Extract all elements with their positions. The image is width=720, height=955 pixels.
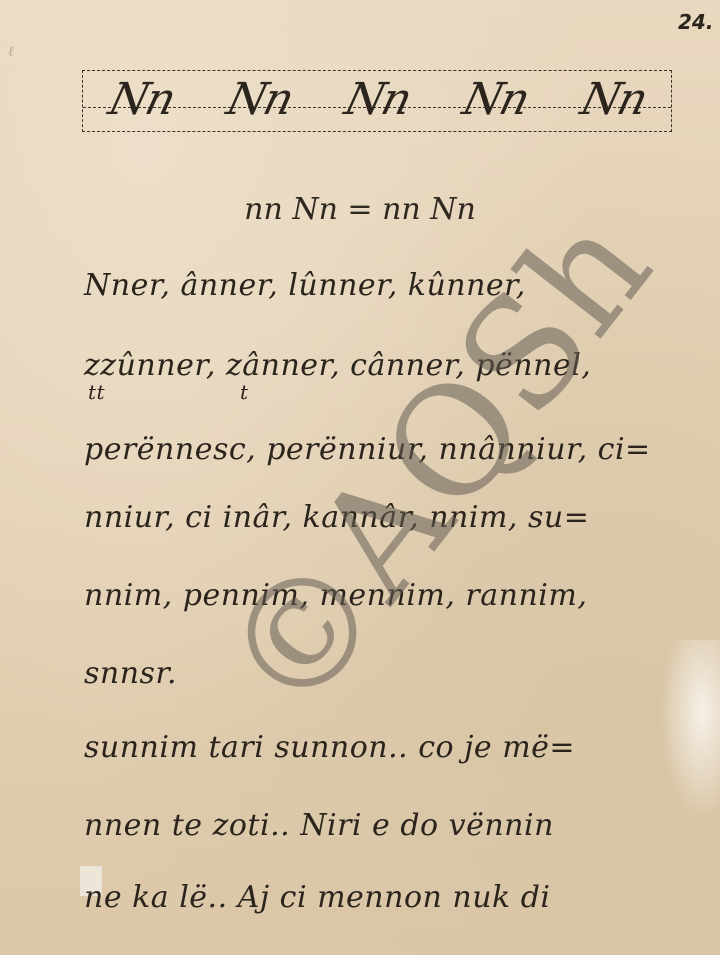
letter-equation: nn Nn = nn Nn [0,192,720,227]
text-line-3: perënnesc, perënniur, nnânniur, ci= [84,432,651,467]
guide-letter-row: Nn Nn Nn Nn Nn [82,68,672,132]
page-number: 24. [678,10,713,34]
under-mark-1: tt [88,380,105,404]
text-line-7: sunnim tari sunnon.. co je më= [84,730,575,765]
guide-letter: Nn [338,68,417,132]
photo-glare [660,640,720,820]
text-line-8: nnen te zoti.. Niri e do vënnin [84,808,554,843]
guide-letter: Nn [574,68,653,132]
guide-letter: Nn [220,68,299,132]
text-line-2: zzûnner, zânner, cânner, pënnel, [84,348,591,383]
guide-letter: Nn [456,68,535,132]
text-line-6: snnsr. [84,656,177,691]
manuscript-page: ℓ 24. Nn Nn Nn Nn Nn nn Nn = nn Nn Nner,… [0,0,720,955]
guide-letter: Nn [102,68,181,132]
text-line-1: Nner, ânner, lûnner, kûnner, [84,268,526,303]
text-line-9: ne ka lë.. Aj ci mennon nuk di [84,880,551,915]
under-mark-2: t [240,380,249,404]
faint-corner-mark: ℓ [8,44,14,61]
text-line-4: nniur, ci inâr, kannâr, nnim, su= [84,500,589,535]
text-line-5: nnim, pennim, mennim, rannim, [84,578,587,613]
